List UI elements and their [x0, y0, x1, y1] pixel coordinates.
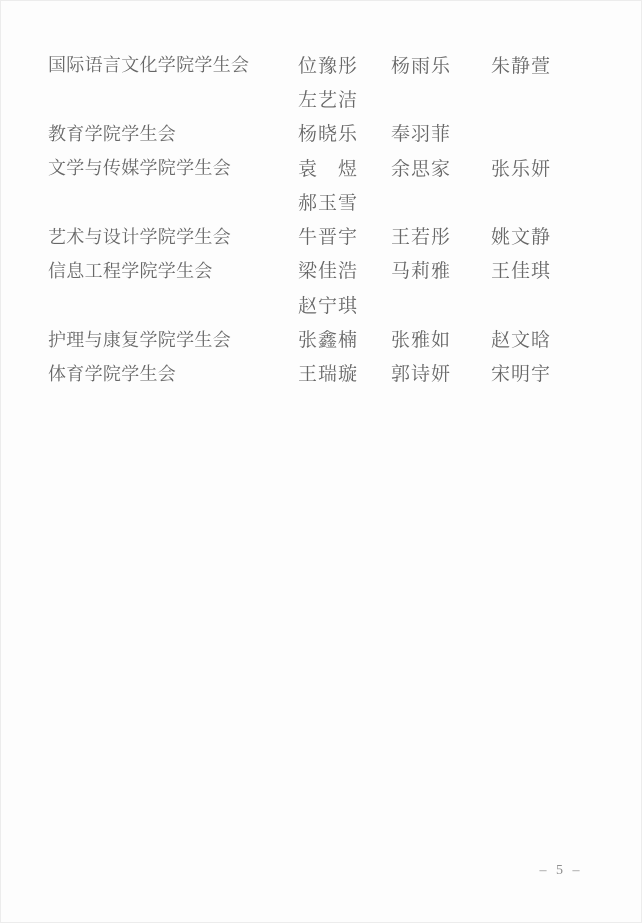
- member-name: 牛晋宇: [298, 222, 391, 249]
- member-name: 赵文晗: [491, 325, 601, 352]
- college-name: 国际语言文化学院学生会: [48, 51, 298, 77]
- roster-table: 国际语言文化学院学生会位豫彤杨雨乐朱静萱左艺洁教育学院学生会杨晓乐奉羽菲文学与传…: [48, 47, 626, 390]
- college-name: 信息工程学院学生会: [48, 257, 298, 283]
- member-name: 马莉雅: [391, 256, 491, 283]
- college-name: 护理与康复学院学生会: [48, 326, 298, 352]
- member-name: 姚文静: [491, 222, 601, 249]
- roster-row: 教育学院学生会杨晓乐奉羽菲: [48, 116, 626, 150]
- roster-row-continuation: 郝玉雪: [48, 184, 626, 218]
- member-name: 杨雨乐: [391, 51, 491, 78]
- member-name: 王佳琪: [491, 256, 601, 283]
- member-name: 宋明宇: [491, 359, 601, 386]
- roster-row: 国际语言文化学院学生会位豫彤杨雨乐朱静萱: [48, 47, 626, 81]
- member-name: 郭诗妍: [391, 359, 491, 386]
- document-page: 国际语言文化学院学生会位豫彤杨雨乐朱静萱左艺洁教育学院学生会杨晓乐奉羽菲文学与传…: [0, 0, 642, 923]
- member-name: 王瑞璇: [298, 359, 391, 386]
- roster-row: 体育学院学生会王瑞璇郭诗妍宋明宇: [48, 356, 626, 390]
- college-name: 体育学院学生会: [48, 360, 298, 386]
- college-name: 艺术与设计学院学生会: [48, 223, 298, 249]
- roster-row: 文学与传媒学院学生会袁 煜余思家张乐妍: [48, 150, 626, 184]
- member-name: 袁 煜: [298, 154, 391, 181]
- member-name: 郝玉雪: [298, 188, 391, 215]
- member-name: 朱静萱: [491, 51, 601, 78]
- member-name: 位豫彤: [298, 51, 391, 78]
- member-name: 赵宁琪: [298, 291, 391, 318]
- roster-row: 艺术与设计学院学生会牛晋宇王若彤姚文静: [48, 218, 626, 252]
- member-name: 张乐妍: [491, 154, 601, 181]
- page-number: – 5 –: [521, 863, 601, 879]
- member-name: 张雅如: [391, 325, 491, 352]
- roster-row: 信息工程学院学生会梁佳浩马莉雅王佳琪: [48, 253, 626, 287]
- member-name: 杨晓乐: [298, 119, 391, 146]
- member-name: 余思家: [391, 154, 491, 181]
- roster-row: 护理与康复学院学生会张鑫楠张雅如赵文晗: [48, 321, 626, 355]
- member-name: 王若彤: [391, 222, 491, 249]
- member-name: 奉羽菲: [391, 119, 491, 146]
- college-name: 教育学院学生会: [48, 120, 298, 146]
- member-name: 梁佳浩: [298, 256, 391, 283]
- member-name: 张鑫楠: [298, 325, 391, 352]
- roster-row-continuation: 左艺洁: [48, 81, 626, 115]
- college-name: 文学与传媒学院学生会: [48, 154, 298, 180]
- member-name: 左艺洁: [298, 85, 391, 112]
- roster-row-continuation: 赵宁琪: [48, 287, 626, 321]
